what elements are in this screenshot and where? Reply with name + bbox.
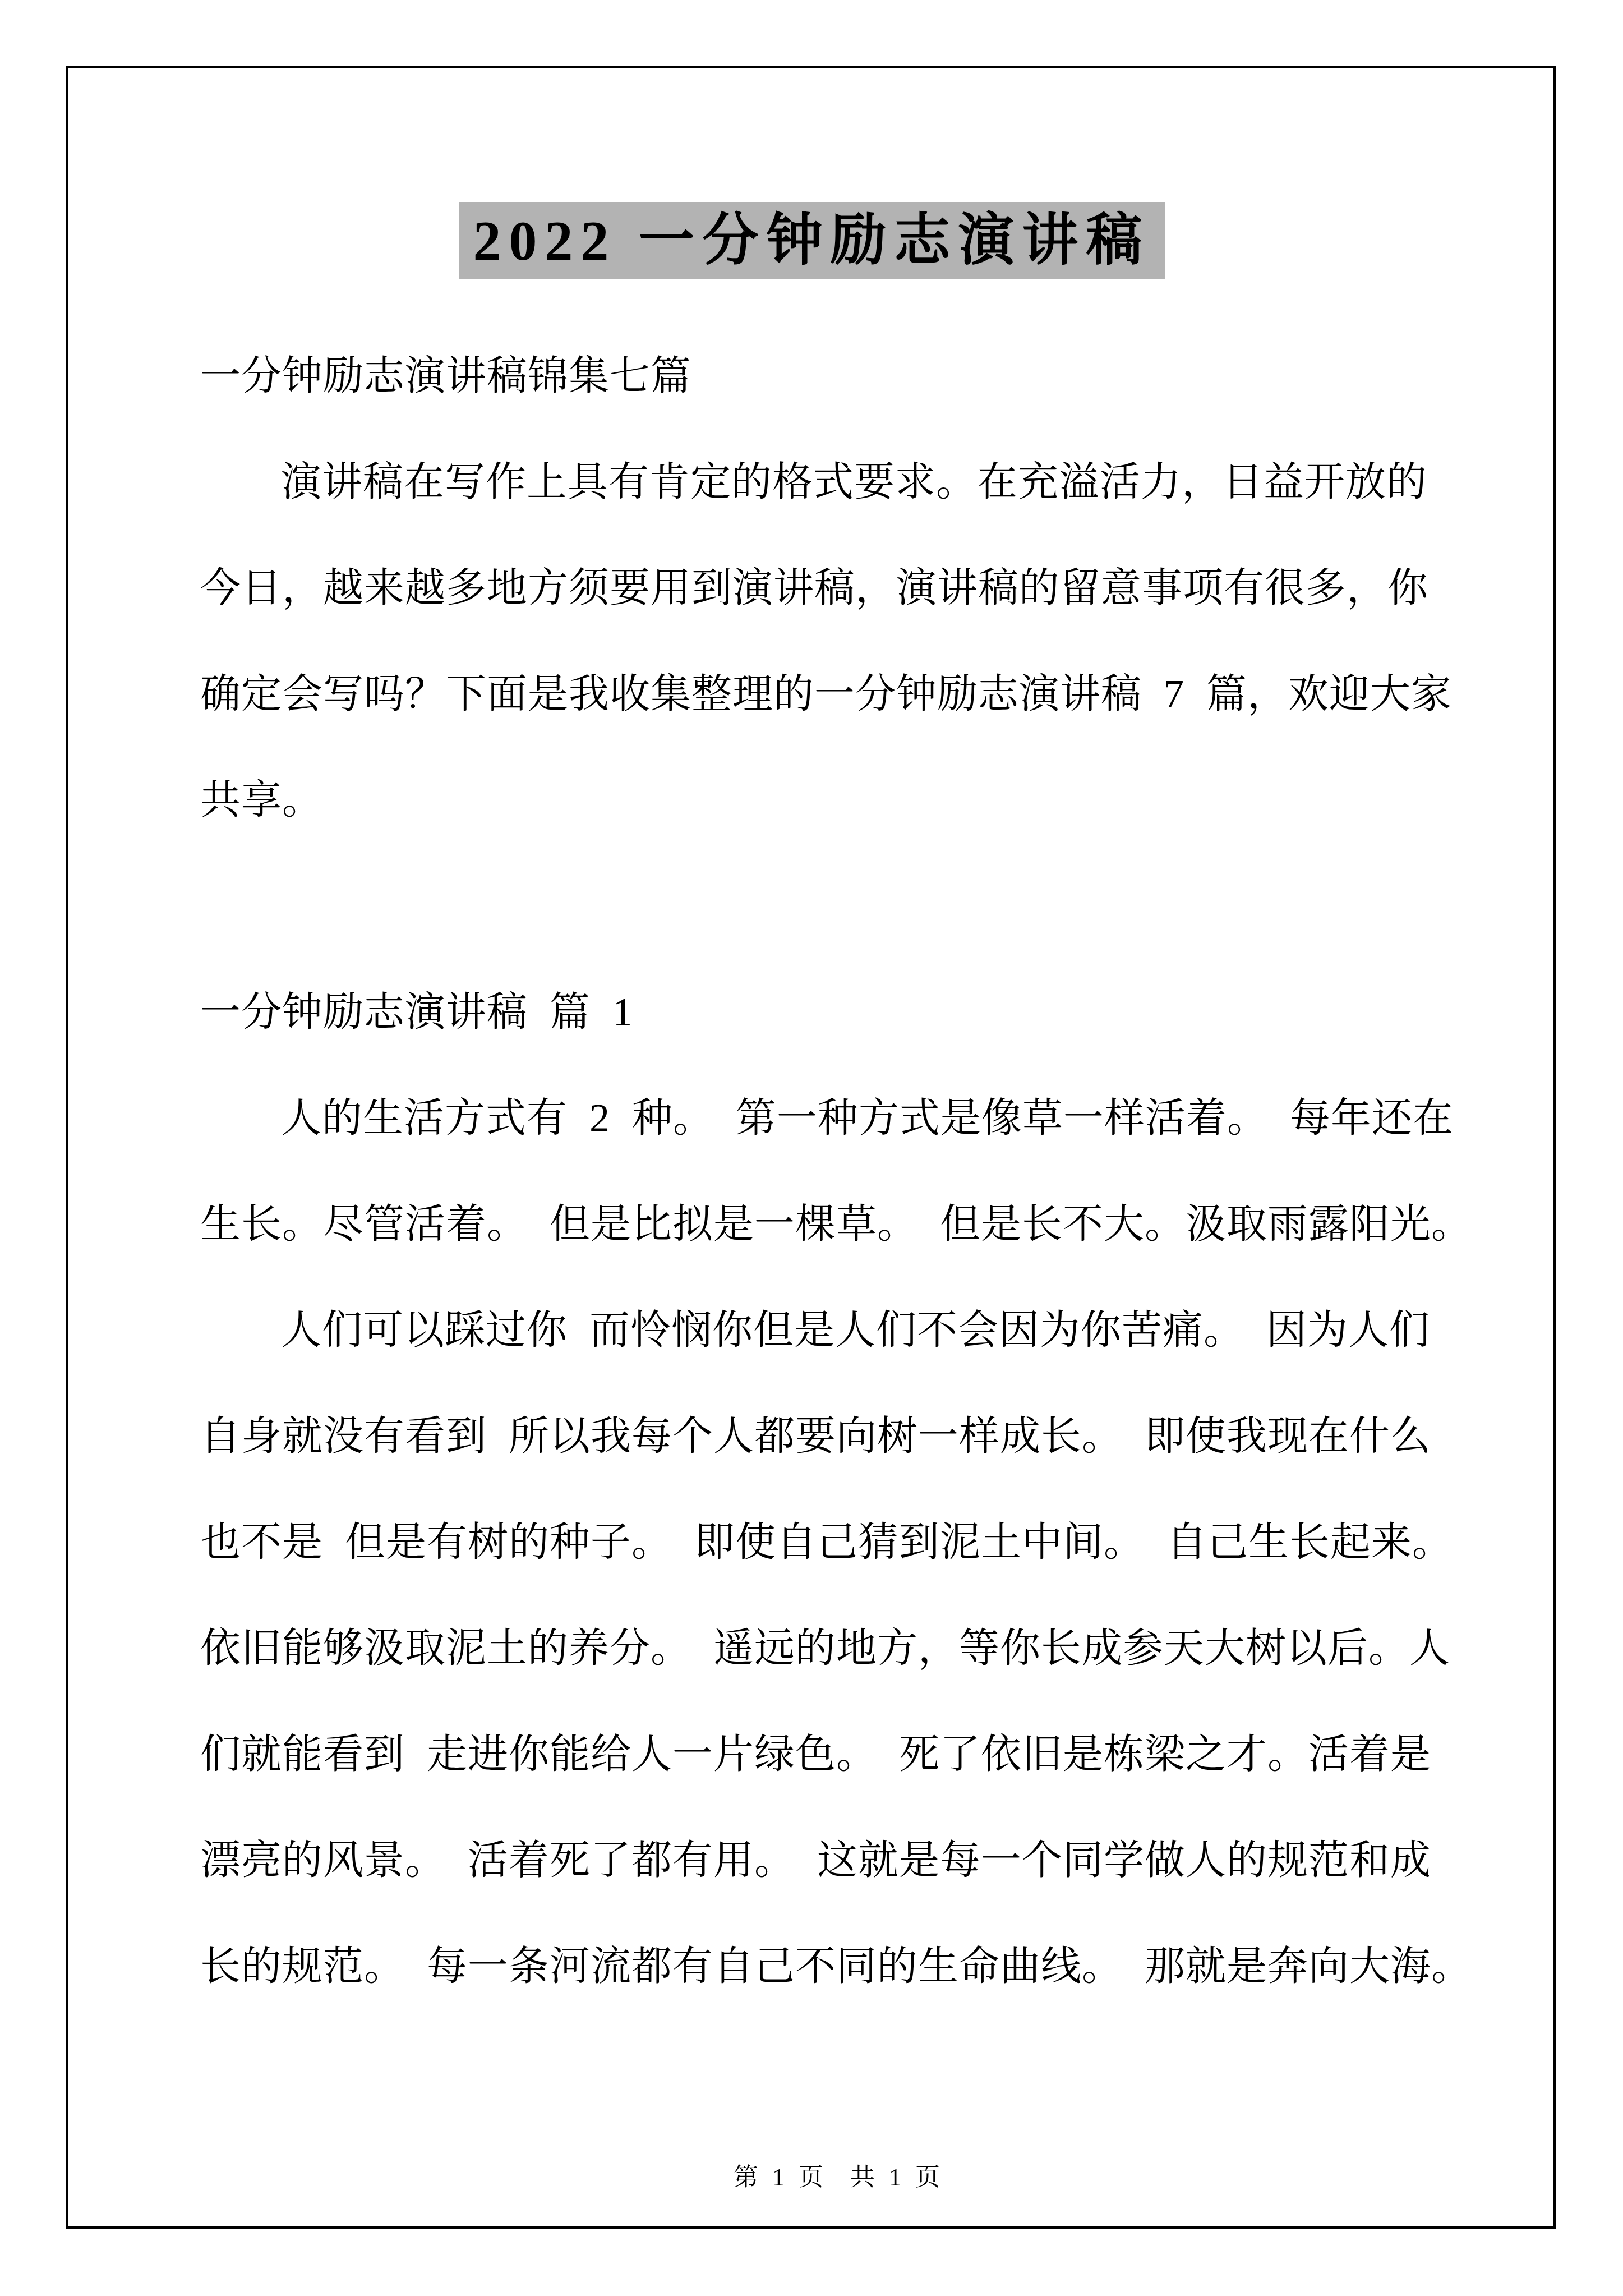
text-line: 漂亮的风景。 活着死了都有用。 这就是每一个同学做人的规范和成 [200, 1807, 1458, 1913]
document-title-row: 2022 一分钟励志演讲稿 [0, 202, 1623, 279]
text-line: 长的规范。 每一条河流都有自己不同的生命曲线。 那就是奔向大海。 [200, 1913, 1458, 2019]
document-page: 2022 一分钟励志演讲稿 一分钟励志演讲稿锦集七篇 演讲稿在写作上具有肯定的格… [0, 0, 1623, 2296]
page-number-label: 第 1 页 共 1 页 [734, 2164, 941, 2191]
text-line: 们就能看到 走进你能给人一片绿色。 死了依旧是栋梁之才。活着是 [200, 1701, 1458, 1807]
document-title: 2022 一分钟励志演讲稿 [459, 202, 1165, 279]
text-line: 自身就没有看到 所以我每个人都要向树一样成长。 即使我现在什么 [200, 1383, 1458, 1489]
text-line: 人的生活方式有 2 种。 第一种方式是像草一样活着。 每年还在 [200, 1065, 1458, 1171]
page-footer: 第 1 页 共 1 页 [0, 2127, 1623, 2161]
text-line: 演讲稿在写作上具有肯定的格式要求。在充溢活力，日益开放的 [200, 429, 1458, 535]
text-line: 也不是 但是有树的种子。 即使自己猜到泥土中间。 自己生长起来。 [200, 1489, 1458, 1595]
blank-line [200, 853, 1458, 959]
text-line: 人们可以踩过你 而怜悯你但是人们不会因为你苦痛。 因为人们 [200, 1277, 1458, 1383]
text-line: 一分钟励志演讲稿锦集七篇 [200, 323, 1458, 429]
text-line: 共享。 [200, 747, 1458, 853]
section-heading-line: 一分钟励志演讲稿 篇 1 [200, 959, 1458, 1065]
document-body: 一分钟励志演讲稿锦集七篇 演讲稿在写作上具有肯定的格式要求。在充溢活力，日益开放… [200, 323, 1458, 2019]
text-line: 生长。尽管活着。 但是比拟是一棵草。 但是长不大。汲取雨露阳光。 [200, 1171, 1458, 1277]
text-line: 确定会写吗？下面是我收集整理的一分钟励志演讲稿 7 篇，欢迎大家 [200, 641, 1458, 747]
text-line: 今日，越来越多地方须要用到演讲稿，演讲稿的留意事项有很多，你 [200, 535, 1458, 641]
text-line: 依旧能够汲取泥土的养分。 遥远的地方，等你长成参天大树以后。人 [200, 1595, 1458, 1701]
